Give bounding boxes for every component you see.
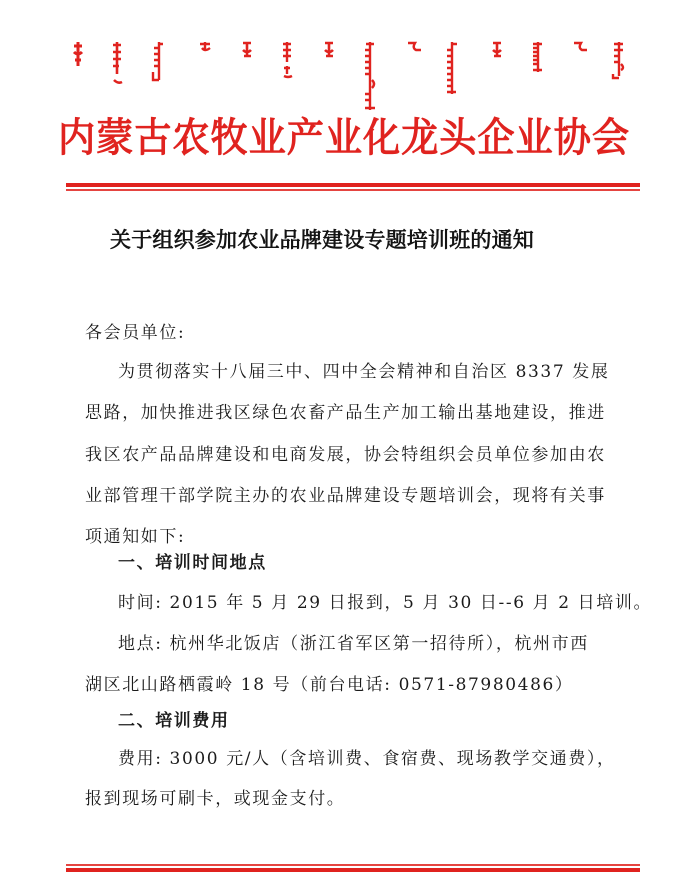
mongolian-word-icon — [490, 40, 504, 60]
section-line-payment: 报到现场可刷卡，或现金支付。 — [85, 784, 345, 809]
footer-divider — [66, 864, 640, 872]
notice-title: 关于组织参加农业品牌建设专题培训班的通知 — [110, 224, 580, 254]
section-line-address: 湖区北山路栖霞岭 18 号（前台电话: 0571-87980486） — [85, 670, 574, 695]
mongolian-word-icon — [110, 40, 124, 88]
mongolian-word-icon — [444, 40, 458, 98]
header-divider — [66, 183, 640, 191]
mongolian-word-icon — [406, 40, 422, 54]
section-line-fee: 费用: 3000 元/人（含培训费、食宿费、现场教学交通费）， — [118, 744, 616, 769]
mongolian-word-icon — [572, 40, 588, 54]
mongolian-word-icon — [150, 40, 164, 86]
mongolian-word-icon — [240, 40, 254, 60]
intro-line: 为贯彻落实十八届三中、四中全会精神和自治区 8337 发展 — [118, 357, 609, 382]
mongolian-word-icon — [610, 40, 626, 82]
section-heading-fees: 二、培训费用 — [118, 706, 230, 731]
intro-line: 思路，加快推进我区绿色农畜产品生产加工输出基地建设，推进 — [85, 398, 606, 423]
section-line-location: 地点: 杭州华北饭店（浙江省军区第一招待所），杭州市西 — [118, 629, 589, 654]
organization-name: 内蒙古农牧业产业化龙头企业协会 — [58, 112, 597, 164]
section-heading-time-location: 一、培训时间地点 — [118, 548, 267, 573]
intro-line: 我区农产品品牌建设和电商发展，协会特组织会员单位参加由农 — [85, 440, 606, 465]
intro-line: 业部管理干部学院主办的农业品牌建设专题培训会，现将有关事 — [85, 481, 606, 506]
section-line-time: 时间: 2015 年 5 月 29 日报到，5 月 30 日--6 月 2 日培… — [118, 588, 652, 613]
mongolian-word-icon — [530, 40, 544, 76]
mongolian-word-icon — [362, 40, 378, 114]
intro-line: 项通知如下: — [85, 522, 185, 547]
mongolian-word-icon — [280, 40, 294, 80]
mongolian-word-icon — [198, 40, 212, 54]
mongolian-word-icon — [72, 40, 84, 70]
salutation: 各会员单位: — [85, 318, 185, 343]
mongolian-word-icon — [322, 40, 336, 60]
